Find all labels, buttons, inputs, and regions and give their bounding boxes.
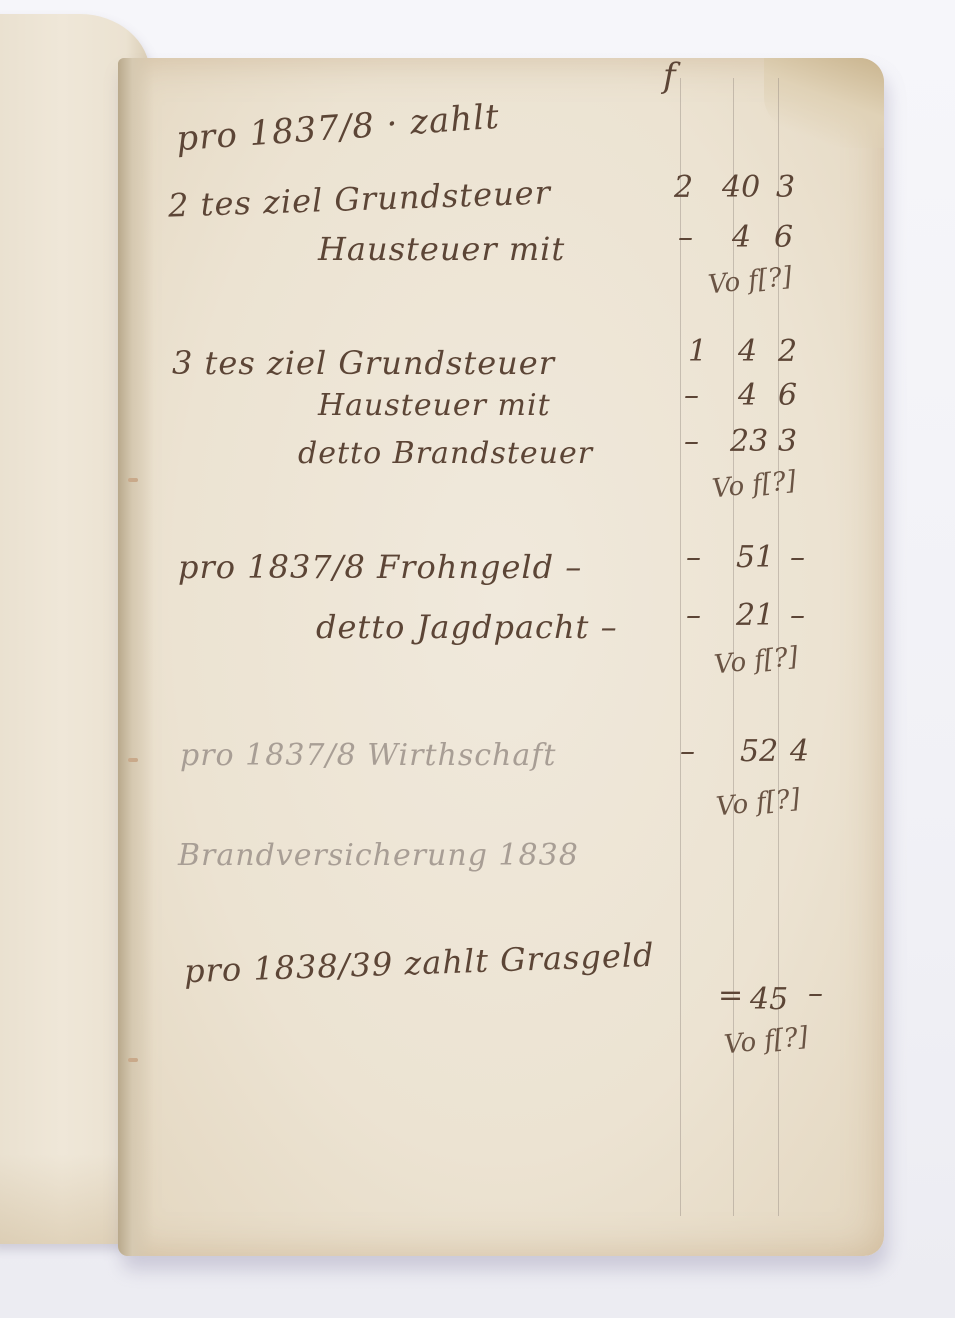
amount-x: – [790, 598, 805, 633]
amount-kr: 4 [732, 220, 751, 255]
column-header-f: f [663, 58, 676, 96]
paid-signature: Vo f[?] [711, 466, 798, 505]
book-gutter [118, 58, 154, 1256]
ledger-line: pro 1838/39 zahlt Grasgeld [183, 936, 655, 990]
binding-stitch [128, 758, 138, 762]
ledger-line: Hausteuer mit [318, 388, 551, 423]
paid-signature: Vo f[?] [707, 262, 794, 301]
amount-kr: 23 [730, 424, 768, 459]
amount-f: – [684, 424, 699, 459]
paid-signature: Vo f[?] [715, 784, 802, 823]
amount-x: 6 [778, 378, 797, 413]
ledger-line: pro 1837/8 Wirthschaft [180, 738, 556, 773]
amount-kr: 52 [740, 734, 778, 769]
amount-x: 6 [774, 220, 793, 255]
amount-x: – [790, 540, 805, 575]
amount-f: – [684, 378, 699, 413]
amount-kr: 4 [738, 334, 757, 369]
ledger-line: Hausteuer mit [318, 230, 565, 268]
amount-x: 3 [778, 424, 797, 459]
amount-f: – [686, 540, 701, 575]
amount-x: – [808, 976, 823, 1011]
ledger-line: detto Brandsteuer [298, 436, 593, 471]
ledger-line: pro 1837/8 Frohngeld – [178, 548, 582, 586]
paid-signature: Vo f[?] [713, 642, 800, 681]
binding-stitch [128, 478, 138, 482]
amount-f: – [686, 598, 701, 633]
amount-f: = [718, 978, 743, 1013]
amount-f: 1 [688, 334, 707, 369]
amount-x: 4 [790, 734, 809, 769]
ledger-line: 2 tes ziel Grundsteuer [167, 173, 551, 224]
right-page: f pro 1837/8 · zahlt 2 tes ziel Grundste… [118, 58, 884, 1256]
amount-x: 2 [778, 334, 797, 369]
ledger-line: pro 1837/8 · zahlt [175, 97, 501, 160]
amount-kr: 21 [736, 598, 774, 633]
ledger-line: 3 tes ziel Grundsteuer [172, 344, 555, 382]
folded-corner [764, 58, 884, 148]
amount-kr: 45 [750, 982, 788, 1017]
ledger-line: detto Jagdpacht – [316, 608, 618, 646]
amount-x: 3 [776, 170, 795, 205]
amount-kr: 4 [738, 378, 757, 413]
binding-stitch [128, 1058, 138, 1062]
amount-kr: 51 [736, 540, 774, 575]
amount-kr: 40 [722, 170, 760, 205]
amount-f: – [678, 220, 693, 255]
amount-f: – [680, 734, 695, 769]
paid-signature: Vo f[?] [723, 1022, 810, 1061]
ledger-line: Brandversicherung 1838 [178, 838, 579, 873]
amount-f: 2 [674, 170, 693, 205]
